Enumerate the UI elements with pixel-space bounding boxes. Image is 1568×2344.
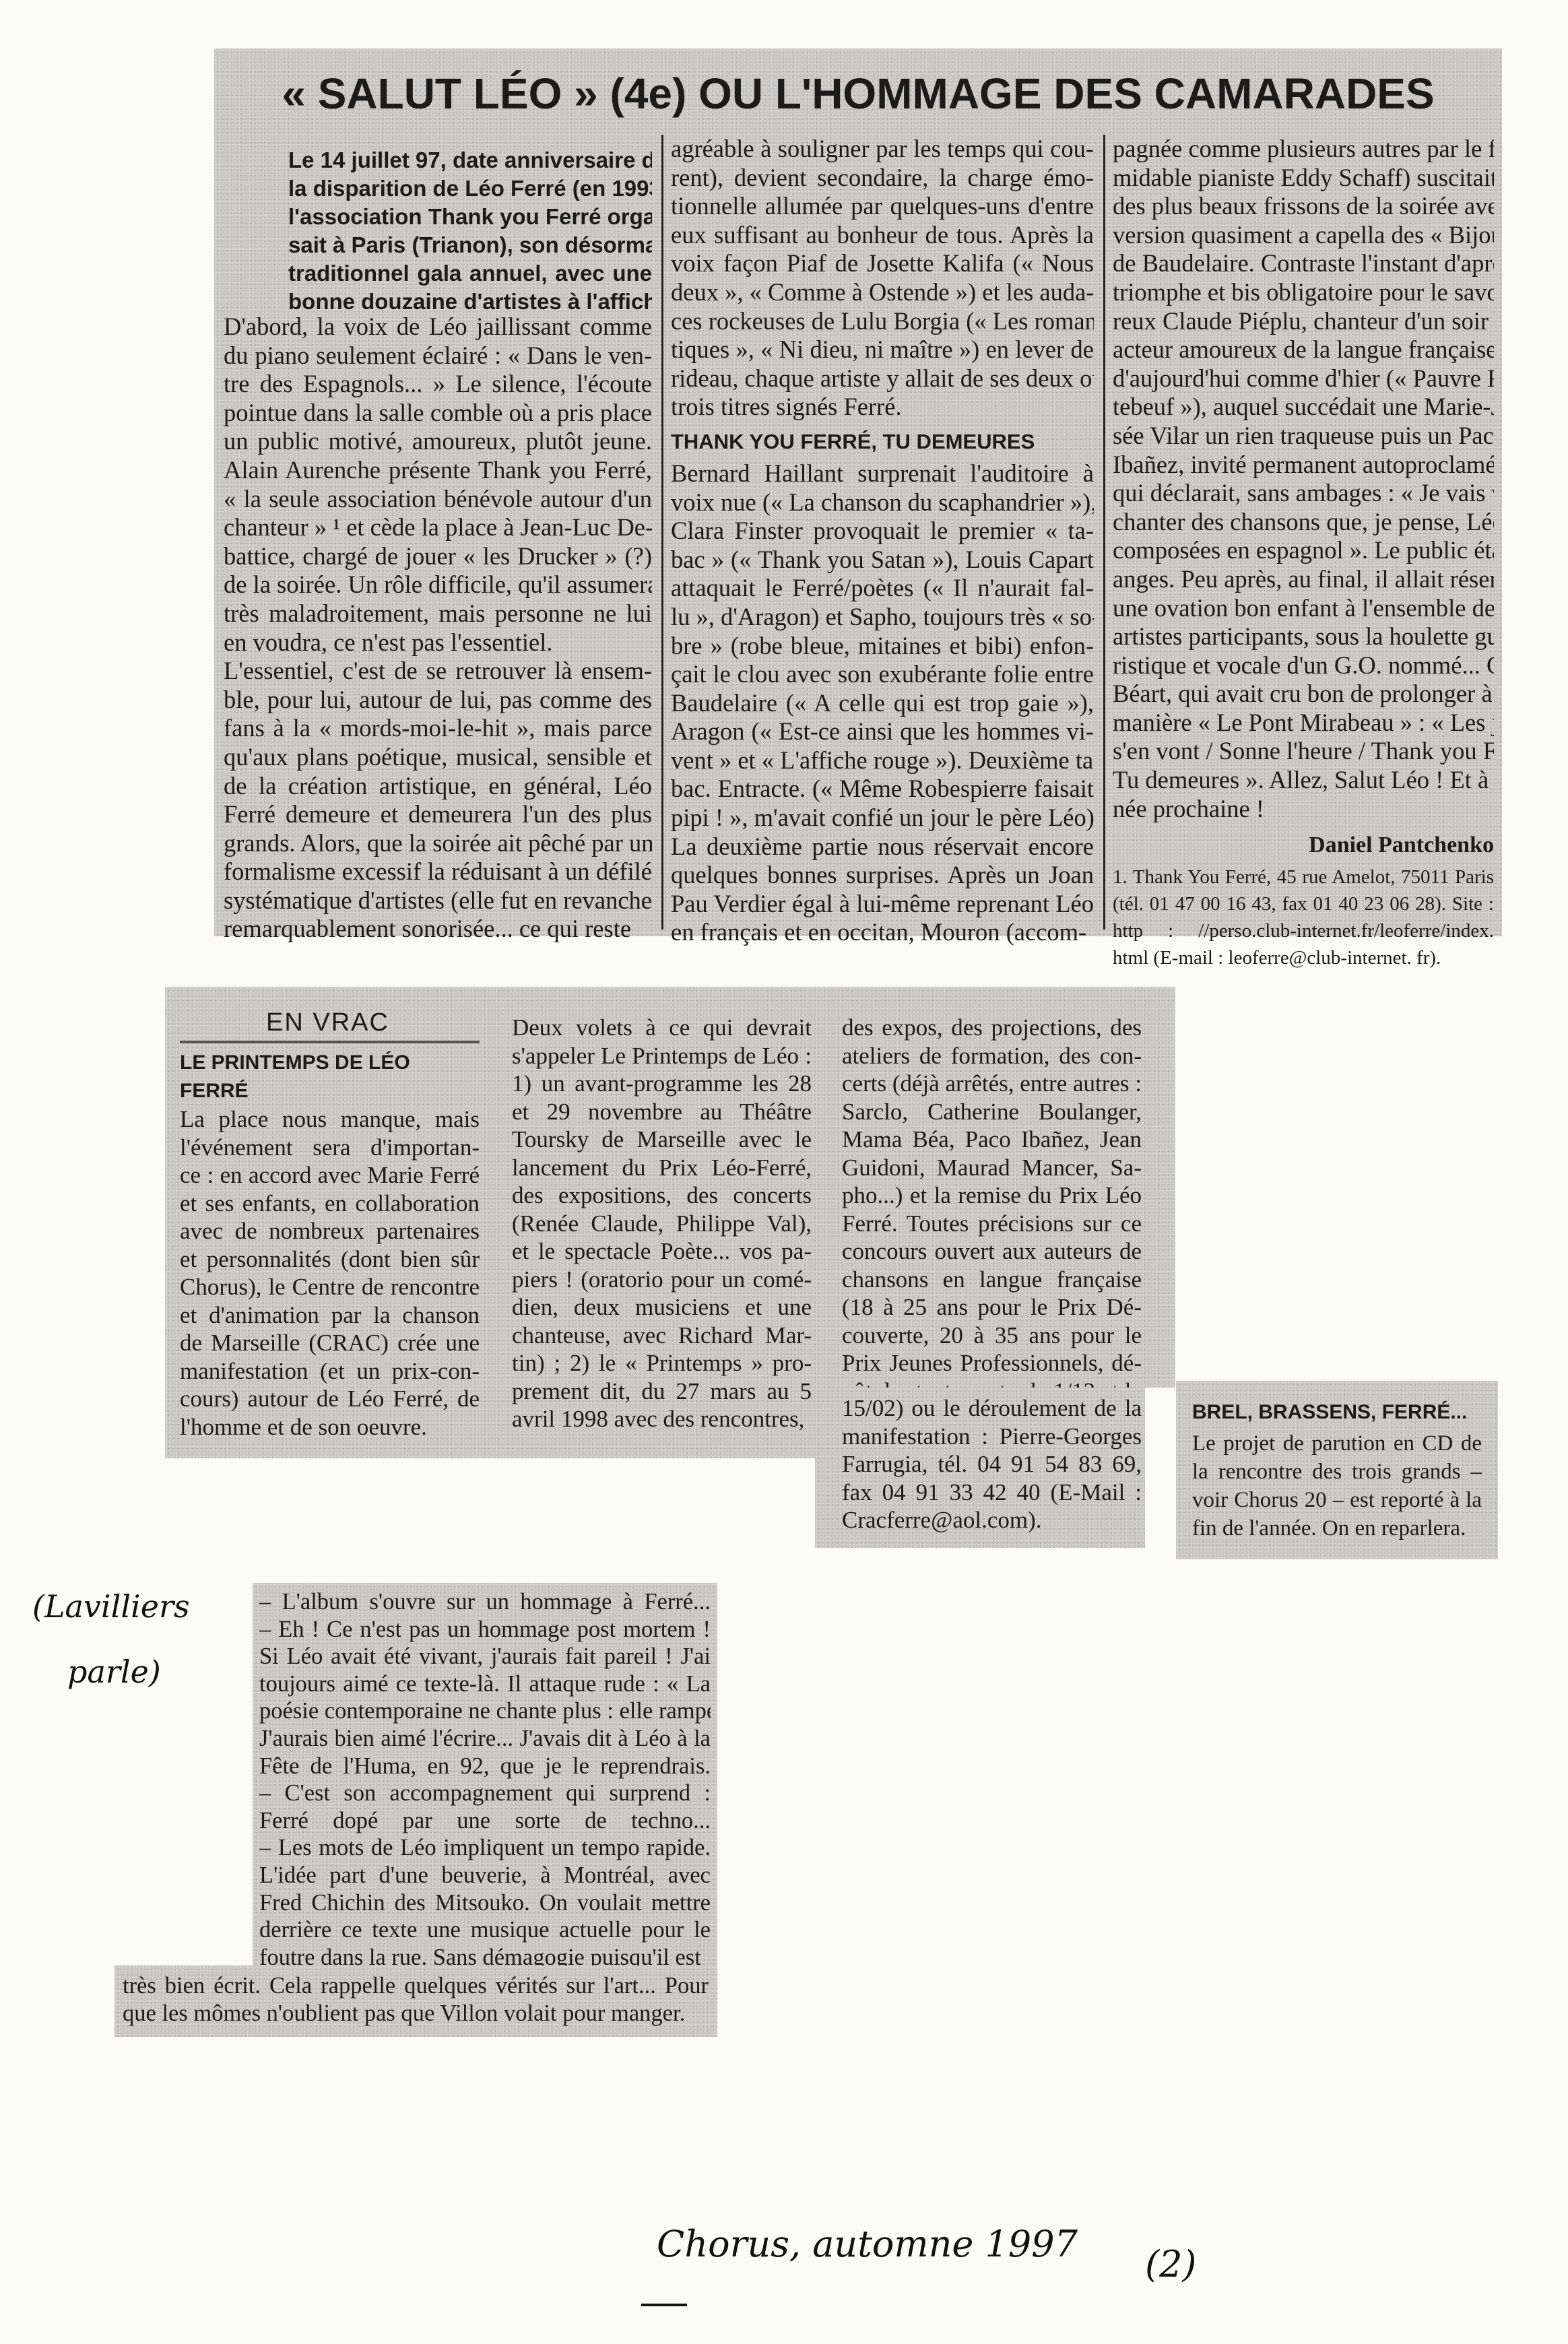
- article-lead: Le 14 juillet 97, date anniversaire de l…: [288, 146, 652, 316]
- brel-body: Le projet de parution en CD dela rencont…: [1192, 1429, 1482, 1542]
- text-line: pointue dans la salle comble où a pris p…: [224, 399, 652, 428]
- text-line: attaquait le Ferré/poètes (« Il n'aurait…: [671, 574, 1094, 603]
- text-line: Mama Béa, Paco Ibañez, Jean: [842, 1126, 1142, 1154]
- text-line: qu'aux plans poétique, musical, sensible…: [224, 743, 652, 772]
- column-3-text: pagnée comme plusieurs autres par le for…: [1113, 135, 1494, 823]
- text-line: ce : en accord avec Marie Ferré: [180, 1161, 480, 1190]
- article-column-2: agréable à souligner par les temps qui c…: [671, 135, 1094, 947]
- text-line: née prochaine !: [1113, 795, 1494, 824]
- text-line: concours ouvert aux auteurs de: [842, 1237, 1142, 1266]
- text-line: 15/02) ou le déroulement de la: [842, 1394, 1142, 1423]
- margin-note-line-1: (Lavilliers: [32, 1588, 190, 1625]
- text-line: bre » (robe bleue, mitaines et bibi) enf…: [671, 632, 1094, 661]
- brel-column: BREL, BRASSENS, FERRÉ... Le projet de pa…: [1192, 1396, 1482, 1542]
- text-line: deux », « Comme à Ostende ») et les auda…: [671, 278, 1094, 307]
- en-vrac-heading: LE PRINTEMPS DE LÉO FERRÉ: [180, 1049, 480, 1105]
- text-line: rideau, chaque artiste y allait de ses d…: [671, 364, 1094, 393]
- text-line: s'appeler Le Printemps de Léo :: [512, 1042, 812, 1070]
- text-line: Prix Jeunes Professionnels, dé-: [842, 1349, 1142, 1377]
- text-line: vent » et « L'affiche rouge »). Deuxième…: [671, 746, 1094, 775]
- text-line: bac » (« Thank you Satan »), Louis Capar…: [671, 546, 1094, 575]
- text-line: çait le clou avec son exubérante folie e…: [671, 660, 1094, 689]
- text-line: Clara Finster provoquait le premier « ta…: [671, 517, 1094, 546]
- text-line: Chorus), le Centre de rencontre: [180, 1273, 480, 1301]
- column-divider: [661, 135, 663, 930]
- text-line: Si Léo avait été vivant, j'aurais fait p…: [259, 1643, 711, 1670]
- text-line: http : //perso.club-internet.fr/leoferre…: [1113, 917, 1494, 944]
- article-title: « SALUT LÉO » (4e) OU L'HOMMAGE DES CAMA…: [214, 69, 1502, 119]
- en-vrac-column-3-text: des expos, des projections, desateliers …: [842, 1014, 1142, 1405]
- lead-line: bonne douzaine d'artistes à l'affiche.: [288, 288, 652, 316]
- en-vrac-column-3: des expos, des projections, desateliers …: [842, 1014, 1142, 1405]
- text-line: composées en espagnol ». Le public était…: [1113, 536, 1494, 565]
- section-subheading: THANK YOU FERRÉ, TU DEMEURES: [671, 424, 1094, 459]
- text-line: ristique et vocale d'un G.O. nommé... Gu…: [1113, 651, 1494, 680]
- text-line: chanteur » ¹ et cède la place à Jean-Luc…: [224, 513, 652, 542]
- text-line: tiques », « Ni dieu, ni maître ») en lev…: [671, 335, 1094, 364]
- text-line: et le spectacle Poète... vos pa-: [512, 1237, 812, 1266]
- text-line: eux suffisant au bonheur de tous. Après …: [671, 221, 1094, 250]
- text-line: D'abord, la voix de Léo jaillissant comm…: [224, 313, 652, 341]
- source-underline: [641, 2304, 687, 2306]
- text-line: voix façon Piaf de Josette Kalifa (« Nou…: [671, 249, 1094, 278]
- text-line: html (E-mail : leoferre@club-internet. f…: [1113, 944, 1494, 971]
- text-line: Ferré dopé par une sorte de techno...: [259, 1807, 711, 1835]
- text-line: chanteuse, avec Richard Mar-: [512, 1322, 812, 1350]
- text-line: tebeuf »), auquel succédait une Marie-Jo…: [1113, 393, 1494, 422]
- text-line: remarquablement sonorisée... ce qui rest…: [224, 915, 652, 944]
- text-line: ateliers de formation, des con-: [842, 1042, 1142, 1070]
- text-line: 1. Thank You Ferré, 45 rue Amelot, 75011…: [1113, 864, 1494, 890]
- text-line: – C'est son accompagnement qui surprend …: [259, 1780, 711, 1807]
- text-line: formalisme excessif la réduisant à un dé…: [224, 857, 652, 886]
- text-line: Béart, qui avait cru bon de prolonger à …: [1113, 680, 1494, 709]
- text-line: couverte, 20 à 35 ans pour le: [842, 1322, 1142, 1350]
- text-line: Guidoni, Maurad Mancer, Sa-: [842, 1154, 1142, 1182]
- text-line: Aragon (« Est-ce ainsi que les hommes vi…: [671, 717, 1094, 746]
- text-line: pagnée comme plusieurs autres par le for…: [1113, 135, 1494, 164]
- text-line: de Baudelaire. Contraste l'instant d'apr…: [1113, 249, 1494, 278]
- article-interview-tail: très bien écrit. Cela rappelle quelques …: [115, 1965, 717, 2037]
- lead-line: Le 14 juillet 97, date anniversaire de: [288, 146, 652, 174]
- text-line: systématique d'artistes (elle fut en rev…: [224, 886, 652, 915]
- text-line: d'aujourd'hui comme d'hier (« Pauvre Ru-: [1113, 364, 1494, 393]
- interview-text: – L'album s'ouvre sur un hommage à Ferré…: [259, 1588, 711, 1971]
- text-line: des expos, des projections, des: [842, 1014, 1142, 1042]
- text-line: piers ! (oratorio pour un comé-: [512, 1266, 812, 1294]
- text-line: Ferré. Toutes précisions sur ce: [842, 1210, 1142, 1238]
- text-line: très maladroitement, mais personne ne lu…: [224, 599, 652, 628]
- text-line: certs (déjà arrêtés, entre autres :: [842, 1070, 1142, 1098]
- text-line: agréable à souligner par les temps qui c…: [671, 135, 1094, 164]
- text-line: la rencontre des trois grands –: [1192, 1458, 1482, 1486]
- text-line: (Renée Claude, Philippe Val),: [512, 1210, 812, 1238]
- text-line: – Eh ! Ce n'est pas un hommage post mort…: [259, 1616, 711, 1643]
- text-line: qui déclarait, sans ambages : « Je vais …: [1113, 479, 1494, 508]
- text-line: avril 1998 avec des rencontres,: [512, 1405, 812, 1433]
- text-line: trois titres signés Ferré.: [671, 393, 1094, 422]
- text-line: que les mômes n'oublient pas que Villon …: [123, 2000, 709, 2027]
- text-line: des plus beaux frissons de la soirée ave…: [1113, 192, 1494, 221]
- text-line: – Les mots de Léo impliquent un tempo ra…: [259, 1834, 711, 1862]
- article-interview: – L'album s'ouvre sur un hommage à Ferré…: [253, 1583, 717, 1987]
- brel-heading: BREL, BRASSENS, FERRÉ...: [1192, 1396, 1482, 1429]
- text-line: L'essentiel, c'est de se retrouver là en…: [224, 657, 652, 686]
- text-line: Pau Verdier égal à lui-même reprenant Lé…: [671, 890, 1094, 919]
- text-line: de la soirée. Un rôle difficile, qu'il a…: [224, 571, 652, 599]
- text-line: avec de nombreux partenaires: [180, 1217, 480, 1245]
- page-number: (2): [1145, 2243, 1197, 2285]
- text-line: Sarclo, Catherine Boulanger,: [842, 1098, 1142, 1126]
- text-line: fin de l'année. On en reparlera.: [1192, 1514, 1482, 1542]
- text-line: en voudra, ce n'est pas l'essentiel.: [224, 628, 652, 657]
- lead-line: sait à Paris (Trianon), son désormais: [288, 231, 652, 259]
- text-line: fax 04 91 33 42 40 (E-Mail :: [842, 1478, 1142, 1507]
- text-line: très bien écrit. Cela rappelle quelques …: [123, 1972, 709, 2000]
- text-line: artistes participants, sous la houlette …: [1113, 622, 1494, 651]
- text-line: version quasiment a capella des « Bijoux…: [1113, 221, 1494, 250]
- text-line: tionnelle allumée par quelques-uns d'ent…: [671, 192, 1094, 221]
- text-line: fans à la « mords-moi-le-hit », mais par…: [224, 714, 652, 743]
- article-column-3: pagnée comme plusieurs autres par le for…: [1113, 135, 1494, 971]
- text-line: un public motivé, amoureux, plutôt jeune…: [224, 427, 652, 456]
- column-divider: [1103, 135, 1105, 930]
- text-line: manière « Le Pont Mirabeau » : « Les jou…: [1113, 709, 1494, 738]
- text-line: Alain Aurenche présente Thank you Ferré,: [224, 456, 652, 485]
- text-line: Ferré demeure et demeurera l'un des plus: [224, 800, 652, 829]
- text-line: tin) ; 2) le « Printemps » pro-: [512, 1349, 812, 1377]
- text-line: ble, pour lui, autour de lui, pas comme …: [224, 686, 652, 715]
- text-line: rent), devient secondaire, la charge émo…: [671, 164, 1094, 193]
- text-line: ces rockeuses de Lulu Borgia (« Les roma…: [671, 307, 1094, 336]
- text-line: de la création artistique, en général, L…: [224, 772, 652, 801]
- text-line: et personnalités (dont bien sûr: [180, 1245, 480, 1274]
- text-line: du piano seulement éclairé : « Dans le v…: [224, 341, 652, 370]
- text-line: (tél. 01 47 00 16 43, fax 01 40 23 06 28…: [1113, 890, 1494, 917]
- en-vrac-column-1-text: La place nous manque, maisl'événement se…: [180, 1105, 480, 1441]
- text-line: et d'animation par la chanson: [180, 1301, 480, 1330]
- text-line: lu », d'Aragon) et Sapho, toujours très …: [671, 603, 1094, 632]
- text-line: Farrugia, tél. 04 91 54 83 69,: [842, 1450, 1142, 1478]
- interview-text-tail: très bien écrit. Cela rappelle quelques …: [123, 1972, 709, 2027]
- text-line: cours) autour de Léo Ferré, de: [180, 1385, 480, 1413]
- text-line: bac. Entracte. (« Même Robespierre faisa…: [671, 775, 1094, 804]
- text-line: chanter des chansons que, je pense, Léo …: [1113, 508, 1494, 537]
- text-line: l'homme et de son oeuvre.: [180, 1413, 480, 1441]
- text-line: La place nous manque, mais: [180, 1105, 480, 1134]
- article-column-1: D'abord, la voix de Léo jaillissant comm…: [224, 313, 652, 944]
- text-line: Le projet de parution en CD de: [1192, 1429, 1482, 1458]
- en-vrac-column-1: LE PRINTEMPS DE LÉO FERRÉ La place nous …: [180, 1049, 480, 1441]
- text-line: (18 à 25 ans pour le Prix Dé-: [842, 1293, 1142, 1322]
- text-line: Tu demeures ». Allez, Salut Léo ! Et à l…: [1113, 766, 1494, 795]
- section-label: EN VRAC: [266, 1008, 389, 1037]
- section-rule: [180, 1041, 480, 1043]
- text-line: anges. Peu après, au final, il allait ré…: [1113, 565, 1494, 594]
- lead-line: l'association Thank you Ferré organi-: [288, 203, 652, 231]
- text-line: voir Chorus 20 – est reporté à la: [1192, 1486, 1482, 1514]
- text-line: Fred Chichin des Mitsouko. On voulait me…: [259, 1889, 711, 1917]
- text-line: Ibañez, invité permanent autoproclamé,: [1113, 451, 1494, 480]
- text-line: Fête de l'Huma, en 92, que je le reprend…: [259, 1753, 711, 1780]
- text-line: une ovation bon enfant à l'ensemble des: [1113, 594, 1494, 623]
- text-line: en français et en occitan, Mouron (accom…: [671, 918, 1094, 947]
- text-line: La deuxième partie nous réservait encore: [671, 833, 1094, 861]
- text-line: Bernard Haillant surprenait l'auditoire …: [671, 459, 1094, 488]
- text-line: « la seule association bénévole autour d…: [224, 485, 652, 514]
- text-line: et 29 novembre au Théâtre: [512, 1098, 812, 1126]
- text-line: manifestation (et un prix-con-: [180, 1357, 480, 1386]
- text-line: Baudelaire (« A celle qui est trop gaie …: [671, 689, 1094, 718]
- text-line: s'en vont / Sonne l'heure / Thank you Fe…: [1113, 737, 1494, 766]
- column-2-text-b: Bernard Haillant surprenait l'auditoire …: [671, 459, 1094, 947]
- margin-note-line-2: parle): [67, 1654, 161, 1690]
- text-line: prement dit, du 27 mars au 5: [512, 1377, 812, 1406]
- en-vrac-continuation-backing: 15/02) ou le déroulement de lamanifestat…: [815, 1388, 1145, 1548]
- text-line: L'idée part d'une beuverie, à Montréal, …: [259, 1862, 711, 1889]
- text-line: 1) un avant-programme les 28: [512, 1070, 812, 1098]
- text-line: manifestation : Pierre-Georges: [842, 1423, 1142, 1451]
- text-line: dien, deux musiciens et une: [512, 1293, 812, 1322]
- text-line: pho...) et la remise du Prix Léo: [842, 1181, 1142, 1210]
- text-line: midable pianiste Eddy Schaff) suscitait …: [1113, 164, 1494, 193]
- column-2-text-a: agréable à souligner par les temps qui c…: [671, 135, 1094, 422]
- text-line: Cracferre@aol.com).: [842, 1506, 1142, 1534]
- lead-line: traditionnel gala annuel, avec une: [288, 259, 652, 288]
- text-line: lancement du Prix Léo-Ferré,: [512, 1154, 812, 1182]
- en-vrac-column-3-tail: 15/02) ou le déroulement de lamanifestat…: [842, 1394, 1142, 1534]
- article-footnote: 1. Thank You Ferré, 45 rue Amelot, 75011…: [1113, 864, 1494, 971]
- lead-line: la disparition de Léo Ferré (en 1993),: [288, 174, 652, 203]
- en-vrac-column-2: Deux volets à ce qui devraits'appeler Le…: [512, 1014, 812, 1433]
- article-salut-leo: « SALUT LÉO » (4e) OU L'HOMMAGE DES CAMA…: [214, 48, 1502, 936]
- text-line: toujours aimé ce texte-là. Il attaque ru…: [259, 1670, 711, 1698]
- text-line: quelques bonnes surprises. Après un Joan: [671, 861, 1094, 890]
- article-brel-brassens-ferre: BREL, BRASSENS, FERRÉ... Le projet de pa…: [1176, 1381, 1498, 1559]
- text-line: de Marseille (CRAC) crée une: [180, 1329, 480, 1357]
- text-line: pipi ! », m'avait confié un jour le père…: [671, 804, 1094, 833]
- text-line: poésie contemporaine ne chante plus : el…: [259, 1697, 711, 1725]
- text-line: derrière ce texte une musique actuelle p…: [259, 1916, 711, 1944]
- text-line: l'événement sera d'importan-: [180, 1134, 480, 1162]
- text-line: Deux volets à ce qui devrait: [512, 1014, 812, 1042]
- text-line: – L'album s'ouvre sur un hommage à Ferré…: [259, 1588, 711, 1616]
- text-line: reux Claude Piéplu, chanteur d'un soir e…: [1113, 307, 1494, 336]
- text-line: sée Vilar un rien traqueuse puis un Paco: [1113, 422, 1494, 451]
- text-line: des expositions, des concerts: [512, 1181, 812, 1210]
- text-line: et ses enfants, en collaboration: [180, 1190, 480, 1218]
- text-line: Toursky de Marseille avec le: [512, 1126, 812, 1154]
- source-annotation: Chorus, automne 1997: [657, 2223, 1078, 2265]
- text-line: battice, chargé de jouer « les Drucker »…: [224, 542, 652, 571]
- en-vrac-column-2-text: Deux volets à ce qui devraits'appeler Le…: [512, 1014, 812, 1433]
- article-author: Daniel Pantchenko: [1113, 827, 1494, 864]
- text-line: tre des Espagnols... » Le silence, l'éco…: [224, 370, 652, 399]
- text-line: chansons en langue française: [842, 1266, 1142, 1294]
- text-line: acteur amoureux de la langue française,: [1113, 335, 1494, 364]
- text-line: grands. Alors, que la soirée ait pêché p…: [224, 829, 652, 858]
- text-line: triomphe et bis obligatoire pour le savo…: [1113, 278, 1494, 307]
- text-line: J'aurais bien aimé l'écrire... J'avais d…: [259, 1725, 711, 1753]
- text-line: voix nue (« La chanson du scaphandrier »…: [671, 488, 1094, 517]
